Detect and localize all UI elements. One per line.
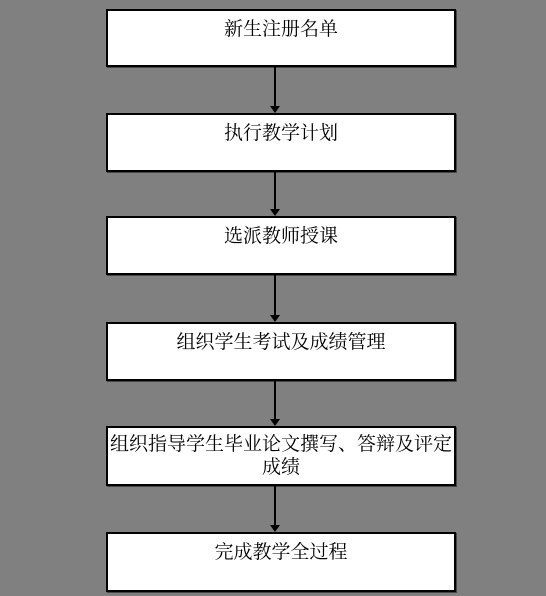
arrow-line [274,381,276,419]
arrowhead-down-icon [270,419,280,426]
flow-arrow-2 [269,172,281,216]
flowchart-canvas: 新生注册名单 执行教学计划 选派教师授课 组织学生考试及成绩管理 组织指导学生毕… [0,0,546,596]
node-label-line-1: 组织指导学生毕业论文撰写、答辩及评定 [108,433,454,456]
node-new-student-registration-list: 新生注册名单 [106,9,456,67]
node-execute-teaching-plan: 执行教学计划 [106,113,456,172]
node-thesis-writing-defense-grading: 组织指导学生毕业论文撰写、答辩及评定 成绩 [106,426,456,486]
arrow-line [274,275,276,315]
node-assign-teachers-to-teach: 选派教师授课 [106,216,456,275]
arrowhead-down-icon [270,106,280,113]
flow-arrow-5 [269,486,281,532]
arrow-line [274,486,276,525]
node-complete-teaching-process: 完成教学全过程 [106,532,456,592]
flow-arrow-3 [269,275,281,322]
node-organize-exams-and-grade-management: 组织学生考试及成绩管理 [106,322,456,381]
node-label: 完成教学全过程 [108,542,454,563]
node-label: 执行教学计划 [108,123,454,144]
arrowhead-down-icon [270,525,280,532]
arrow-line [274,67,276,106]
node-label-line-2: 成绩 [108,456,454,479]
node-label: 选派教师授课 [108,226,454,247]
arrowhead-down-icon [270,209,280,216]
arrow-line [274,172,276,209]
flow-arrow-1 [269,67,281,113]
node-label: 组织学生考试及成绩管理 [108,332,454,353]
node-label: 新生注册名单 [108,19,454,40]
arrowhead-down-icon [270,315,280,322]
flow-arrow-4 [269,381,281,426]
